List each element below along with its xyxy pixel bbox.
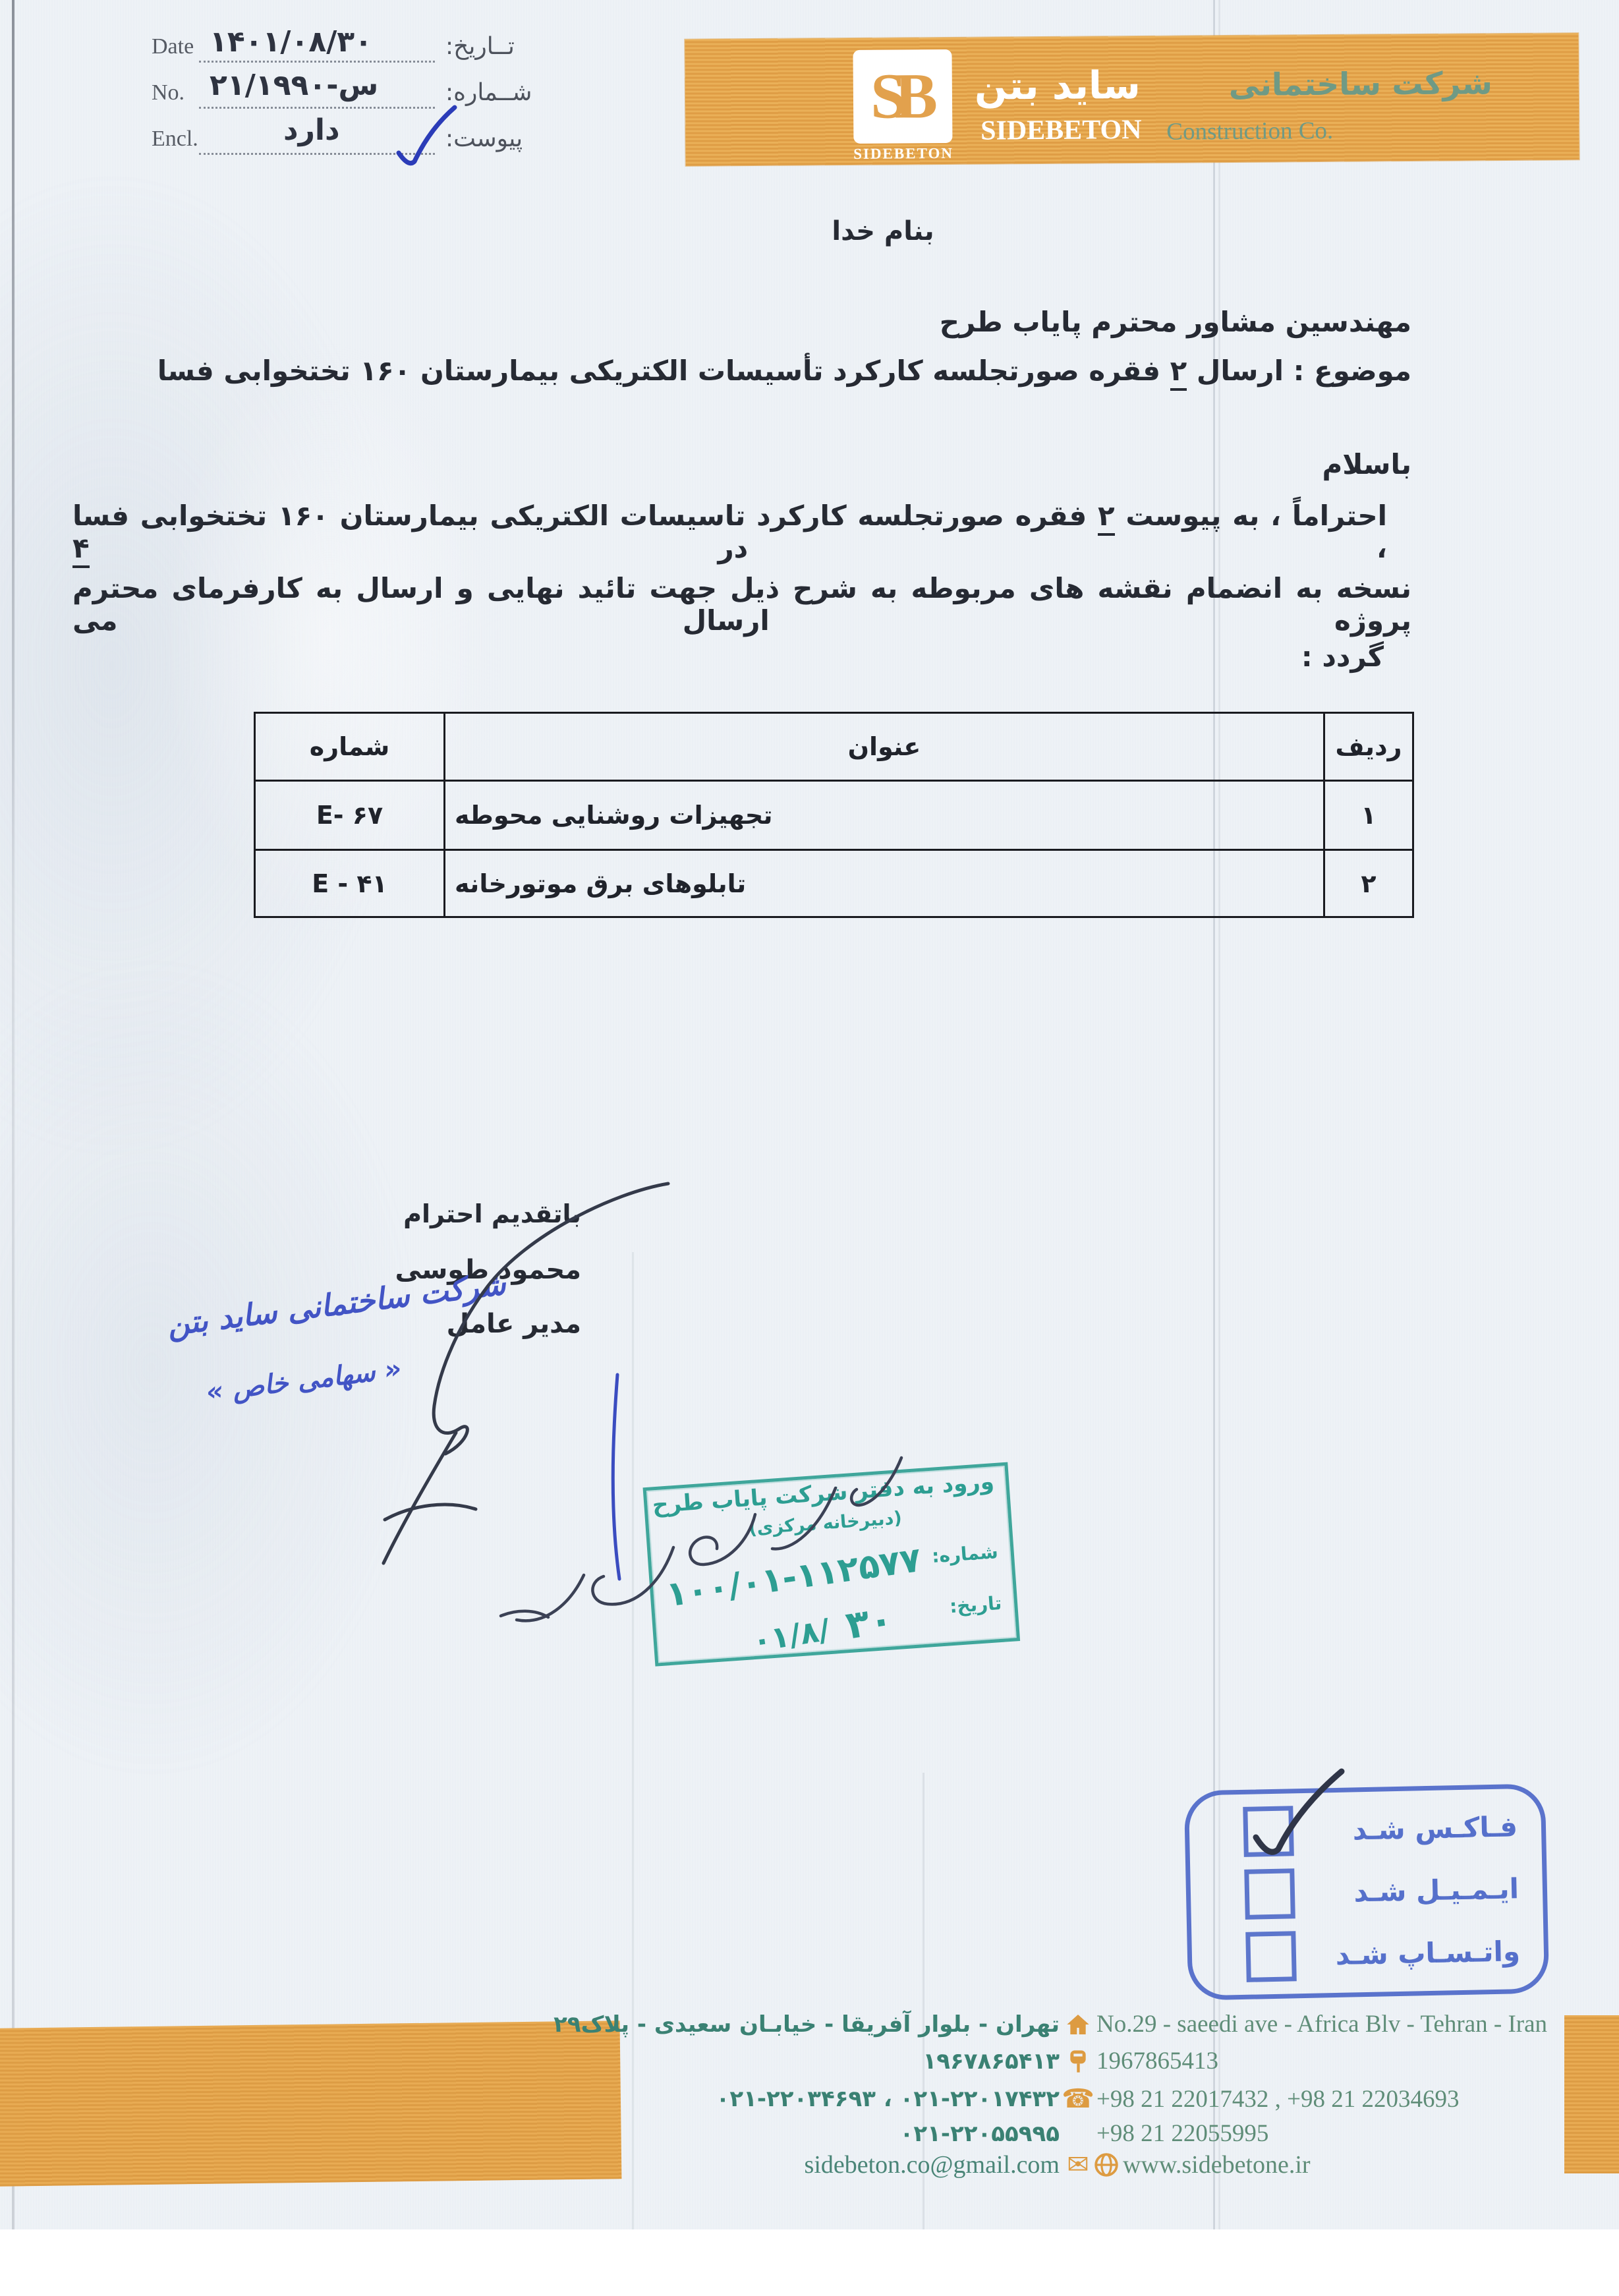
fax-checkmark xyxy=(1256,1771,1342,1852)
encl-checkmark xyxy=(399,107,455,163)
scanned-letter-page: Date ۱۴۰۱/۰۸/۳۰ تــاریخ: No. س-۲۱/۱۹۹۰ ش… xyxy=(0,0,1619,2296)
pen-stroke xyxy=(613,1375,619,1579)
handwritten-note xyxy=(501,1458,901,1621)
ink-overlay xyxy=(0,0,1619,2296)
director-signature xyxy=(383,1184,668,1563)
